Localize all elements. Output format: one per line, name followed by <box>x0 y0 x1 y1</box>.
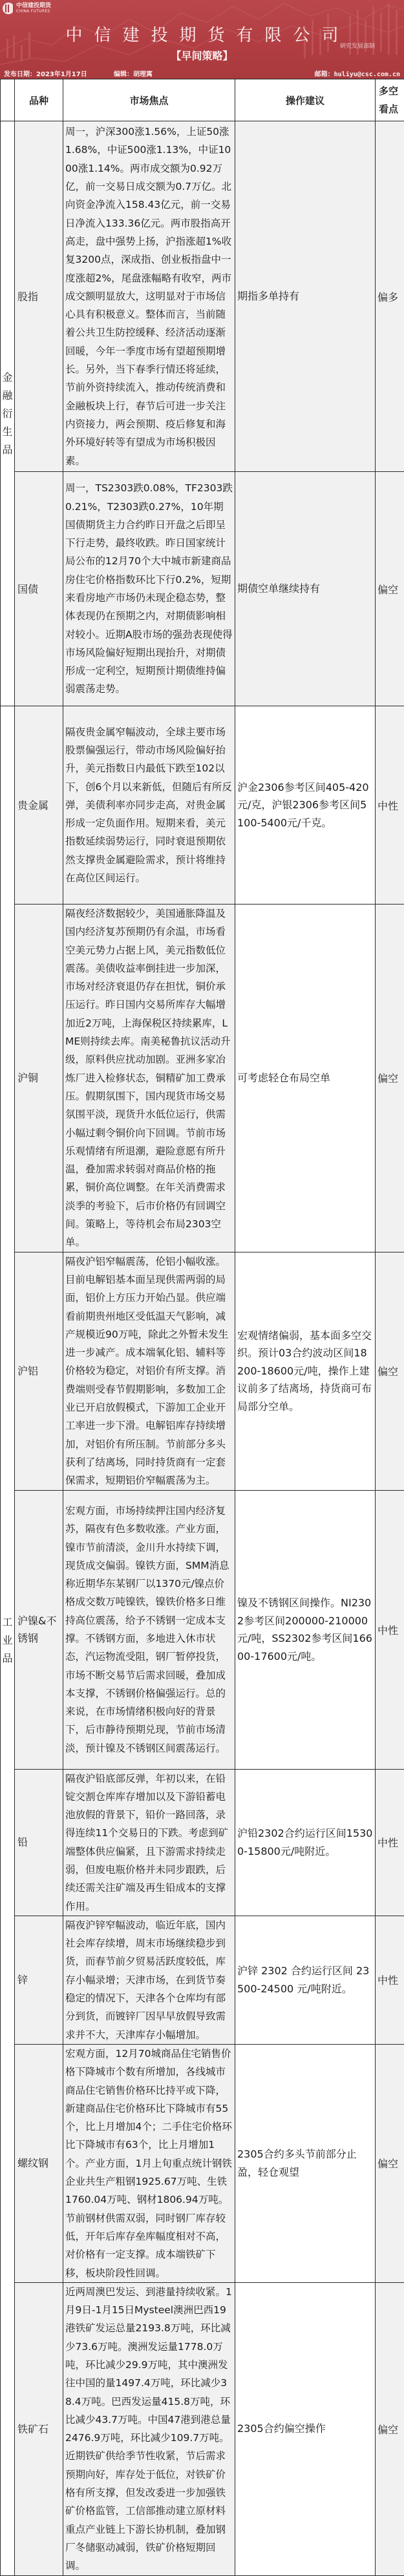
header-advice: 操作建议 <box>235 79 376 121</box>
variety-cell: 铅 <box>15 1769 63 1916</box>
table-row: 沪铜 隔夜经济数据较少，美国通胀降温及国内经济复苏预期仍有余温，市场看空美元势力… <box>1 905 404 1252</box>
variety-cell: 沪铜 <box>15 905 63 1252</box>
advice-cell: 镍及不锈钢区间操作。NI2302参考区间200000-210000元/吨，SS2… <box>235 1490 376 1769</box>
sector-label-industrial: 工业品 <box>1 706 15 2576</box>
focus-cell: 隔夜沪锌窄幅波动，临近年底，国内社会库存续增，周末市场继续稳步到货，而春节前夕贸… <box>63 1916 235 2044</box>
report-subtitle: 【早间策略】 <box>0 48 404 63</box>
view-cell: 中性 <box>376 1490 404 1769</box>
view-cell: 偏多 <box>376 121 404 472</box>
focus-cell: 周一，沪深300涨1.56%，上证50涨1.68%，中证500涨1.13%，中证… <box>63 121 235 472</box>
header-focus: 市场焦点 <box>63 79 235 121</box>
focus-cell: 隔夜贵金属窄幅波动，全球主要市场股票偏强运行，带动市场风险偏好抬升，美元指数日内… <box>63 706 235 905</box>
table-row: 金融衍生品 股指 周一，沪深300涨1.56%，上证50涨1.68%，中证500… <box>1 121 404 472</box>
advice-cell: 期债空单继续持有 <box>235 472 376 706</box>
variety-cell: 螺纹钢 <box>15 2044 63 2282</box>
advice-cell: 2305合约偏空操作 <box>235 2282 376 2575</box>
report-meta-bar: 发布日期：2023年1月17日 编辑：胡理寓 邮箱：huliyu@csc.com… <box>0 67 404 79</box>
sector-label-financial: 金融衍生品 <box>1 121 15 706</box>
advice-cell: 期指多单持有 <box>235 121 376 472</box>
variety-cell: 贵金属 <box>15 706 63 905</box>
view-cell: 中性 <box>376 1769 404 1916</box>
advice-cell: 沪锌 2302 合约运行区间 23500-24500 元/吨附近。 <box>235 1916 376 2044</box>
focus-cell: 近两周澳巴发运、到港量持续收紧。1月9日-1月15日Mysteel澳洲巴西19港… <box>63 2282 235 2575</box>
table-row: 沪镍&不锈钢 宏观方面，市场持续押注国内经济复苏，隔夜有色多数收涨。产业方面，镍… <box>1 1490 404 1769</box>
table-header-row: 品种 市场焦点 操作建议 多空看点 <box>1 79 404 121</box>
table-row: 锌 隔夜沪锌窄幅波动，临近年底，国内社会库存续增，周末市场继续稳步到货，而春节前… <box>1 1916 404 2044</box>
logo-chinese-name: 中信建投期货 <box>16 3 51 9</box>
logo-mark-icon <box>3 3 14 14</box>
company-logo: 中信建投期货 CHINA FUTURES <box>3 3 51 14</box>
header-variety: 品种 <box>15 79 63 121</box>
table-row: 铁矿石 近两周澳巴发运、到港量持续收紧。1月9日-1月15日Mysteel澳洲巴… <box>1 2282 404 2575</box>
variety-cell: 锌 <box>15 1916 63 2044</box>
editor-email: 邮箱：huliyu@csc.com.cn <box>315 68 400 78</box>
report-banner: 中信建投期货 CHINA FUTURES 中信建投期货有限公司 【早间策略】 研… <box>0 0 404 79</box>
focus-cell: 隔夜沪铅底部反弹，年初以来，在铅锭交割仓库库存增加以及下游铅蓄电池放假的背景下，… <box>63 1769 235 1916</box>
variety-cell: 国债 <box>15 472 63 706</box>
table-row: 沪铝 隔夜沪铝窄幅震荡，伦铝小幅收涨。目前电解铝基本面呈现供需两弱的局面，铝价上… <box>1 1252 404 1490</box>
table-row: 国债 周一，TS2303跌0.08%，TF2303跌0.21%，T2303跌0.… <box>1 472 404 706</box>
focus-cell: 周一，TS2303跌0.08%，TF2303跌0.21%，T2303跌0.27%… <box>63 472 235 706</box>
variety-cell: 沪铝 <box>15 1252 63 1490</box>
header-view: 多空看点 <box>376 79 404 121</box>
logo-english-name: CHINA FUTURES <box>16 10 51 14</box>
view-cell: 中性 <box>376 1916 404 2044</box>
focus-cell: 隔夜沪铝窄幅震荡，伦铝小幅收涨。目前电解铝基本面呈现供需两弱的局面，铝价上方压力… <box>63 1252 235 1490</box>
table-row: 铅 隔夜沪铅底部反弹，年初以来，在铅锭交割仓库库存增加以及下游铅蓄电池放假的背景… <box>1 1769 404 1916</box>
strategy-table: 品种 市场焦点 操作建议 多空看点 金融衍生品 股指 周一，沪深300涨1.56… <box>0 79 404 2576</box>
view-cell: 偏空 <box>376 1252 404 1490</box>
advice-cell: 沪金2306参考区间405-420元/克，沪银2306参考区间5100-5400… <box>235 706 376 905</box>
publish-date: 发布日期：2023年1月17日 <box>4 68 114 78</box>
advice-cell: 沪铅2302合约运行区间15300-15800元/吨附近。 <box>235 1769 376 1916</box>
variety-cell: 沪镍&不锈钢 <box>15 1490 63 1769</box>
view-cell: 中性 <box>376 706 404 905</box>
view-cell: 偏空 <box>376 2044 404 2282</box>
advice-cell: 2305合约多头节前部分止盈，轻仓观望 <box>235 2044 376 2282</box>
view-cell: 偏空 <box>376 472 404 706</box>
advice-cell: 宏观情绪偏弱，基本面多空交织。预计03合约波动区间18200-18600元/吨，… <box>235 1252 376 1490</box>
editor-name: 编辑：胡理寓 <box>114 68 315 78</box>
header-sector <box>1 79 15 121</box>
focus-cell: 隔夜经济数据较少，美国通胀降温及国内经济复苏预期仍有余温，市场看空美元势力占据上… <box>63 905 235 1252</box>
view-cell: 偏空 <box>376 905 404 1252</box>
table-row: 工业品 贵金属 隔夜贵金属窄幅波动，全球主要市场股票偏强运行，带动市场风险偏好抬… <box>1 706 404 905</box>
variety-cell: 铁矿石 <box>15 2282 63 2575</box>
department-label: 研究发展部制 <box>340 41 375 50</box>
view-cell: 偏空 <box>376 2282 404 2575</box>
table-row: 螺纹钢 宏观方面，12月70城商品住宅销售价格下降城市个数有所增加，各线城市商品… <box>1 2044 404 2282</box>
advice-cell: 可考虑轻仓布局空单 <box>235 905 376 1252</box>
focus-cell: 宏观方面，市场持续押注国内经济复苏，隔夜有色多数收涨。产业方面，镍市节前清淡，金… <box>63 1490 235 1769</box>
variety-cell: 股指 <box>15 121 63 472</box>
focus-cell: 宏观方面，12月70城商品住宅销售价格下降城市个数有所增加，各线城市商品住宅销售… <box>63 2044 235 2282</box>
